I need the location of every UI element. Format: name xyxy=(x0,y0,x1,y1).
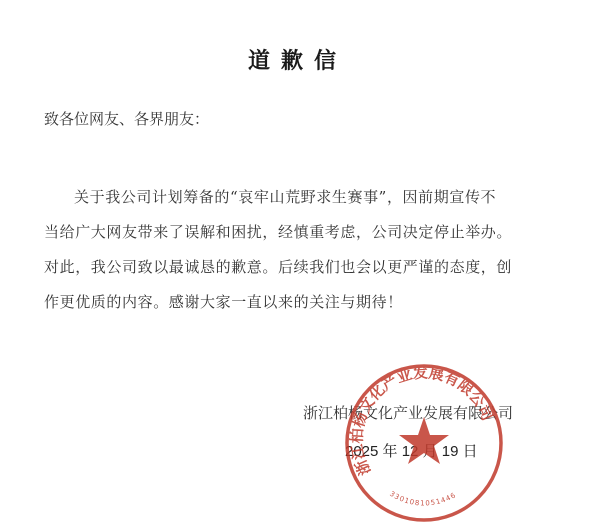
company-signature: 浙江柏杨文化产业发展有限公司 xyxy=(303,402,513,423)
body-line: 关于我公司计划筹备的“哀牢山荒野求生赛事”，因前期宣传不 xyxy=(44,180,554,215)
letter-date: 2025 年 12 月 19 日 xyxy=(345,440,478,461)
body-line: 当给广大网友带来了误解和困扰，经慎重考虑，公司决定停止举办。 xyxy=(44,215,554,250)
letter-body: 关于我公司计划筹备的“哀牢山荒野求生赛事”，因前期宣传不 当给广大网友带来了误解… xyxy=(44,180,554,320)
letter-title: 道歉信 xyxy=(0,44,595,75)
salutation: 致各位网友、各界朋友： xyxy=(44,108,209,129)
stamp-serial: 3301081051446 xyxy=(388,490,457,508)
body-line: 对此，我公司致以最诚恳的歉意。后续我们也会以更严谨的态度，创 xyxy=(44,250,554,285)
body-line: 作更优质的内容。感谢大家一直以来的关注与期待！ xyxy=(44,285,554,320)
